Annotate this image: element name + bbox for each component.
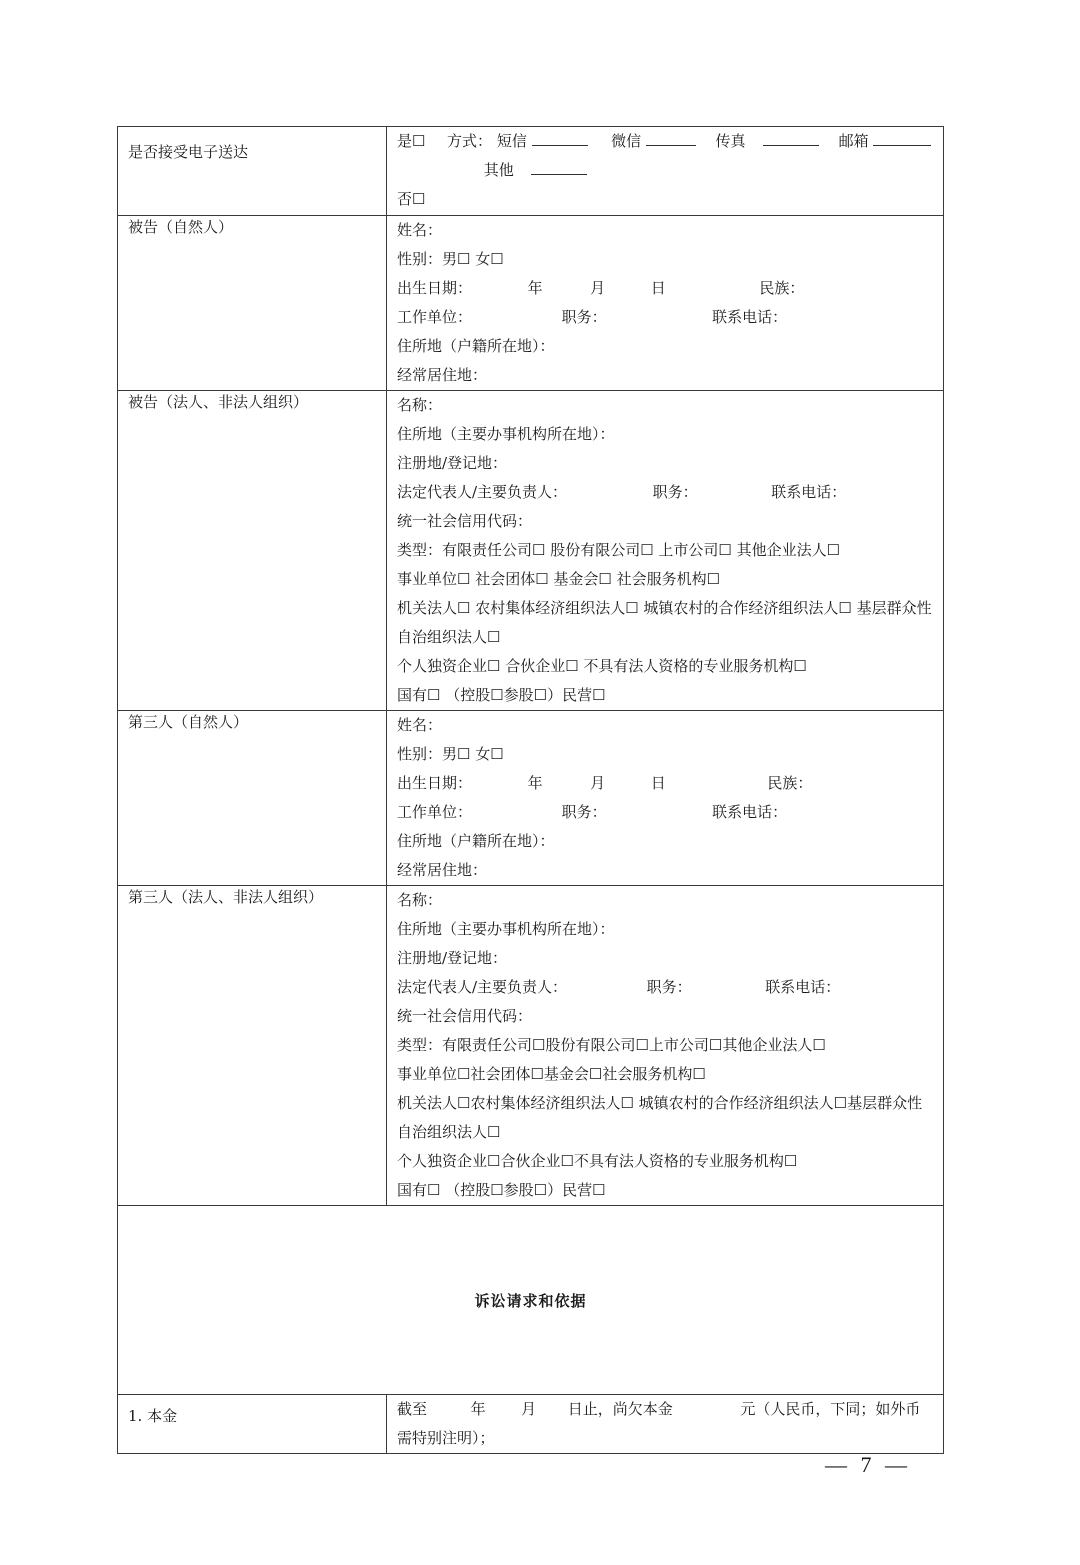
month-label: 月 — [521, 1400, 536, 1418]
type-options-text: 个人独资企业☐合伙企业☐不具有法人资格的专业服务机构☐ — [397, 1152, 797, 1170]
label-text: 被告（自然人） — [128, 218, 233, 236]
birth-label: 出生日期： — [397, 774, 472, 792]
org-name-field[interactable]: 名称： — [397, 886, 935, 915]
ownership-options[interactable]: 国有☐ （控股☐参股☐）民营☐ — [397, 1176, 935, 1205]
email-label: 邮箱 — [839, 132, 869, 150]
label-text: 第三人（自然人） — [128, 713, 248, 731]
year-label: 年 — [528, 279, 543, 297]
type-options-text: 机关法人☐农村集体经济组织法人☐ 城镇农村的合作经济组织法人☐基层群众性自治组织… — [397, 1094, 922, 1141]
registration-label: 注册地/登记地： — [397, 949, 507, 967]
month-label: 月 — [590, 279, 605, 297]
day-label: 日 — [651, 279, 666, 297]
gender-label: 性别：男☐ 女☐ — [397, 250, 504, 268]
representative-label: 法定代表人/主要负责人： — [397, 978, 567, 996]
domicile-field[interactable]: 住所地（户籍所在地）： — [397, 332, 935, 361]
type-options-line-2[interactable]: 事业单位☐ 社会团体☐ 基金会☐ 社会服务机构☐ — [397, 565, 935, 594]
ownership-text: 国有☐ （控股☐参股☐）民营☐ — [397, 1181, 606, 1199]
content-defendant-natural: 姓名： 性别：男☐ 女☐ 出生日期： 年 月 日 民族： 工作单位： 职务： — [387, 216, 944, 391]
wechat-label: 微信 — [611, 132, 641, 150]
phone-label: 联系电话： — [771, 483, 846, 501]
birth-ethnicity-line: 出生日期： 年 月 日 民族： — [397, 769, 935, 798]
row-defendant-natural: 被告（自然人） 姓名： 性别：男☐ 女☐ 出生日期： 年 月 日 民族： 工 — [118, 216, 944, 391]
content-third-party-legal: 名称： 住所地（主要办事机构所在地）： 注册地/登记地： 法定代表人/主要负责人… — [387, 886, 944, 1206]
type-options-text: 机关法人☐ 农村集体经济组织法人☐ 城镇农村的合作经济组织法人☐ 基层群众性自治… — [397, 599, 932, 646]
org-domicile-label: 住所地（主要办事机构所在地）： — [397, 425, 615, 443]
org-domicile-field[interactable]: 住所地（主要办事机构所在地）： — [397, 420, 935, 449]
credit-code-label: 统一社会信用代码： — [397, 512, 532, 530]
registration-field[interactable]: 注册地/登记地： — [397, 449, 935, 478]
residence-field[interactable]: 经常居住地： — [397, 361, 935, 390]
type-options-text: 事业单位☐社会团体☐基金会☐社会服务机构☐ — [397, 1065, 706, 1083]
credit-code-field[interactable]: 统一社会信用代码： — [397, 1002, 935, 1031]
name-label: 姓名： — [397, 221, 442, 239]
org-name-label: 名称： — [397, 891, 442, 909]
birth-ethnicity-line: 出生日期： 年 月 日 民族： — [397, 274, 935, 303]
day-label: 日 — [651, 774, 666, 792]
row-principal: 1. 本金 截至 年 月 日止，尚欠本金 元（人民币，下同；如外币需特别注明）； — [118, 1395, 944, 1454]
wechat-blank[interactable] — [646, 131, 696, 146]
type-options-text: 个人独资企业☐ 合伙企业☐ 不具有法人资格的专业服务机构☐ — [397, 657, 807, 675]
representative-line: 法定代表人/主要负责人： 职务： 联系电话： — [397, 478, 935, 507]
name-field[interactable]: 姓名： — [397, 216, 935, 245]
page-number: — 7 — — [825, 1452, 911, 1478]
fax-label: 传真 — [716, 132, 746, 150]
electronic-service-no-line: 否☐ — [397, 185, 935, 214]
label-text: 被告（法人、非法人组织） — [128, 393, 308, 411]
phone-label: 联系电话： — [712, 803, 787, 821]
content-third-party-natural: 姓名： 性别：男☐ 女☐ 出生日期： 年 月 日 民族： 工作单位： 职务： — [387, 711, 944, 886]
content-defendant-legal: 名称： 住所地（主要办事机构所在地）： 注册地/登记地： 法定代表人/主要负责人… — [387, 391, 944, 711]
position-label: 职务： — [562, 308, 607, 326]
type-options-text: 类型：有限责任公司☐股份有限公司☐上市公司☐其他企业法人☐ — [397, 1036, 826, 1054]
electronic-service-other-line: 其他 — [397, 156, 935, 185]
credit-code-label: 统一社会信用代码： — [397, 1007, 532, 1025]
other-label: 其他 — [484, 161, 514, 179]
month-label: 月 — [590, 774, 605, 792]
row-claims-section-title: 诉讼请求和依据 — [118, 1206, 944, 1395]
as-of-label: 截至 — [397, 1400, 427, 1418]
fax-blank[interactable] — [763, 131, 819, 146]
electronic-service-options-line: 是☐ 方式： 短信 微信 传真 邮箱 — [397, 127, 935, 156]
label-principal: 1. 本金 — [118, 1395, 387, 1454]
employer-label: 工作单位： — [397, 803, 472, 821]
org-domicile-label: 住所地（主要办事机构所在地）： — [397, 920, 615, 938]
domicile-label: 住所地（户籍所在地）： — [397, 832, 555, 850]
claims-section-title: 诉讼请求和依据 — [118, 1206, 944, 1395]
content-principal: 截至 年 月 日止，尚欠本金 元（人民币，下同；如外币需特别注明）； — [387, 1395, 944, 1454]
org-name-label: 名称： — [397, 396, 442, 414]
label-text: 是否接受电子送达 — [128, 143, 248, 161]
year-label: 年 — [471, 1400, 486, 1418]
representative-line: 法定代表人/主要负责人： 职务： 联系电话： — [397, 973, 935, 1002]
label-text: 1. 本金 — [128, 1407, 177, 1425]
type-options-line-1[interactable]: 类型：有限责任公司☐股份有限公司☐上市公司☐其他企业法人☐ — [397, 1031, 935, 1060]
email-blank[interactable] — [873, 131, 931, 146]
registration-label: 注册地/登记地： — [397, 454, 507, 472]
credit-code-field[interactable]: 统一社会信用代码： — [397, 507, 935, 536]
employer-label: 工作单位： — [397, 308, 472, 326]
label-defendant-legal: 被告（法人、非法人组织） — [118, 391, 387, 711]
gender-label: 性别：男☐ 女☐ — [397, 745, 504, 763]
ownership-text: 国有☐ （控股☐参股☐）民营☐ — [397, 686, 606, 704]
type-options-text: 事业单位☐ 社会团体☐ 基金会☐ 社会服务机构☐ — [397, 570, 720, 588]
label-defendant-natural: 被告（自然人） — [118, 216, 387, 391]
residence-label: 经常居住地： — [397, 366, 487, 384]
residence-field[interactable]: 经常居住地： — [397, 856, 935, 885]
row-third-party-natural: 第三人（自然人） 姓名： 性别：男☐ 女☐ 出生日期： 年 月 日 民族： — [118, 711, 944, 886]
org-name-field[interactable]: 名称： — [397, 391, 935, 420]
gender-field[interactable]: 性别：男☐ 女☐ — [397, 740, 935, 769]
name-field[interactable]: 姓名： — [397, 711, 935, 740]
type-options-line-4[interactable]: 个人独资企业☐ 合伙企业☐ 不具有法人资格的专业服务机构☐ — [397, 652, 935, 681]
ethnicity-label: 民族： — [759, 279, 804, 297]
type-options-line-3[interactable]: 机关法人☐农村集体经济组织法人☐ 城镇农村的合作经济组织法人☐基层群众性自治组织… — [397, 1089, 935, 1147]
other-blank[interactable] — [531, 160, 587, 175]
no-checkbox[interactable]: 否☐ — [397, 190, 425, 208]
complaint-form-table: 是否接受电子送达 是☐ 方式： 短信 微信 传真 邮箱 — [117, 126, 944, 1454]
position-label: 职务： — [562, 803, 607, 821]
row-electronic-service: 是否接受电子送达 是☐ 方式： 短信 微信 传真 邮箱 — [118, 127, 944, 216]
section-title-text: 诉讼请求和依据 — [474, 1292, 586, 1310]
label-text: 第三人（法人、非法人组织） — [128, 888, 323, 906]
ownership-options[interactable]: 国有☐ （控股☐参股☐）民营☐ — [397, 681, 935, 710]
document-page: 是否接受电子送达 是☐ 方式： 短信 微信 传真 邮箱 — [0, 0, 1080, 1565]
ethnicity-label: 民族： — [767, 774, 812, 792]
sms-label: 短信 — [497, 132, 527, 150]
phone-label: 联系电话： — [712, 308, 787, 326]
employer-line: 工作单位： 职务： 联系电话： — [397, 798, 935, 827]
content-electronic-service: 是☐ 方式： 短信 微信 传真 邮箱 — [387, 127, 944, 216]
label-electronic-service: 是否接受电子送达 — [118, 127, 387, 216]
label-third-party-legal: 第三人（法人、非法人组织） — [118, 886, 387, 1206]
yes-checkbox[interactable]: 是☐ — [397, 132, 425, 150]
principal-line-1: 截至 年 月 日止，尚欠本金 元（人民币，下同；如外币需特别注明）； — [397, 1395, 935, 1424]
sms-blank[interactable] — [532, 131, 588, 146]
residence-label: 经常居住地： — [397, 861, 487, 879]
day-until-label: 日止，尚欠本金 — [568, 1400, 673, 1418]
method-label: 方式： — [447, 132, 492, 150]
name-label: 姓名： — [397, 716, 442, 734]
employer-line: 工作单位： 职务： 联系电话： — [397, 303, 935, 332]
type-options-line-2[interactable]: 事业单位☐社会团体☐基金会☐社会服务机构☐ — [397, 1060, 935, 1089]
type-options-line-3[interactable]: 机关法人☐ 农村集体经济组织法人☐ 城镇农村的合作经济组织法人☐ 基层群众性自治… — [397, 594, 935, 652]
org-domicile-field[interactable]: 住所地（主要办事机构所在地）： — [397, 915, 935, 944]
birth-label: 出生日期： — [397, 279, 472, 297]
type-options-line-4[interactable]: 个人独资企业☐合伙企业☐不具有法人资格的专业服务机构☐ — [397, 1147, 935, 1176]
row-defendant-legal: 被告（法人、非法人组织） 名称： 住所地（主要办事机构所在地）： 注册地/登记地… — [118, 391, 944, 711]
gender-field[interactable]: 性别：男☐ 女☐ — [397, 245, 935, 274]
type-options-text: 类型：有限责任公司☐ 股份有限公司☐ 上市公司☐ 其他企业法人☐ — [397, 541, 840, 559]
position-label: 职务： — [653, 483, 698, 501]
label-third-party-natural: 第三人（自然人） — [118, 711, 387, 886]
phone-label: 联系电话： — [765, 978, 840, 996]
position-label: 职务： — [647, 978, 692, 996]
type-options-line-1[interactable]: 类型：有限责任公司☐ 股份有限公司☐ 上市公司☐ 其他企业法人☐ — [397, 536, 935, 565]
representative-label: 法定代表人/主要负责人： — [397, 483, 567, 501]
row-third-party-legal: 第三人（法人、非法人组织） 名称： 住所地（主要办事机构所在地）： 注册地/登记… — [118, 886, 944, 1206]
domicile-field[interactable]: 住所地（户籍所在地）： — [397, 827, 935, 856]
registration-field[interactable]: 注册地/登记地： — [397, 944, 935, 973]
year-label: 年 — [528, 774, 543, 792]
domicile-label: 住所地（户籍所在地）： — [397, 337, 555, 355]
